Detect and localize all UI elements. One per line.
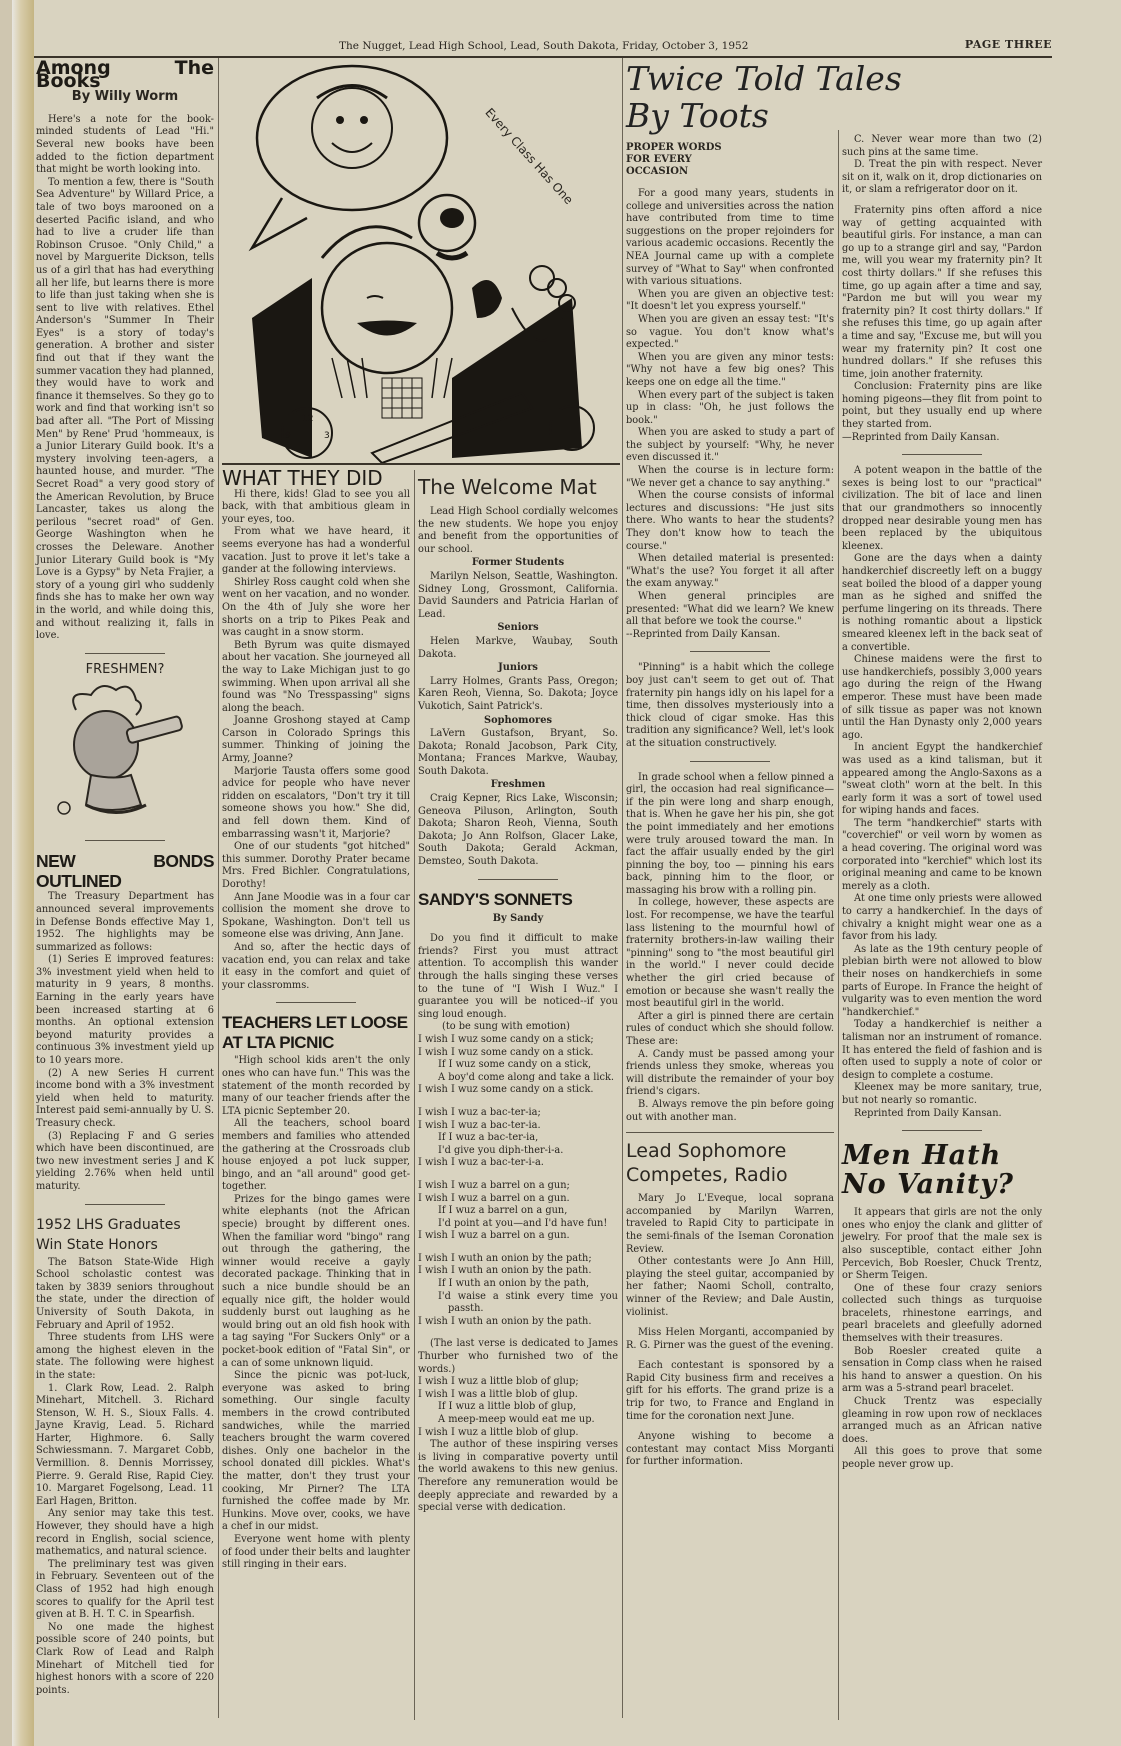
verse-line: I wish I wuz a bac-ter-ia. bbox=[428, 1120, 618, 1133]
divider bbox=[85, 653, 165, 654]
vanity-paragraph: Chuck Trentz was especially gleaming in … bbox=[842, 1396, 1042, 1446]
clock-9: 9 bbox=[285, 431, 291, 441]
sonnets-dedication: (The last verse is dedicated to James Th… bbox=[418, 1338, 618, 1376]
radio-paragraph: Anyone wishing to become a contestant ma… bbox=[626, 1431, 834, 1469]
graduates-paragraph: The preliminary test was given in Februa… bbox=[36, 1559, 214, 1622]
welcome-group-text: Helen Markve, Waubay, South Dakota. bbox=[418, 636, 618, 661]
verse-line: I wish I wuz a barrel on a gun; bbox=[428, 1180, 618, 1193]
verse-line: If I wuz a bac-ter-ia, bbox=[448, 1132, 618, 1145]
what-paragraph: Joanne Groshong stayed at Camp Carson in… bbox=[222, 715, 410, 765]
rules-paragraph: C. Never wear more than two (2) such pin… bbox=[842, 134, 1042, 159]
twice-paragraph: When you are given an objective test: "I… bbox=[626, 289, 834, 314]
twice-told-headline-line1: Twice Told Tales bbox=[626, 60, 1046, 97]
twice-paragraph: For a good many years, students in colle… bbox=[626, 188, 834, 289]
verse-line: I'd give you diph-ther-i-a. bbox=[448, 1145, 618, 1158]
divider bbox=[690, 761, 770, 762]
welcome-intro: Lead High School cordially welcomes the … bbox=[418, 506, 618, 556]
welcome-group-heading: Freshmen bbox=[418, 779, 618, 792]
teachers-paragraph: "High school kids aren't the only ones w… bbox=[222, 1055, 410, 1118]
pinning-paragraph: In college, however, these aspects are l… bbox=[626, 897, 834, 1010]
radio-headline: Lead Sophomore Competes, Radio bbox=[626, 1139, 834, 1187]
divider bbox=[902, 454, 982, 455]
bonds-paragraph: The Treasury Department has announced se… bbox=[36, 891, 214, 954]
fraternity-paragraph: Conclusion: Fraternity pins are like hom… bbox=[842, 381, 1042, 431]
handkerchief-paragraph: At one time only priests were allowed to… bbox=[842, 893, 1042, 943]
vanity-headline-line1: Men Hath bbox=[842, 1141, 1042, 1170]
books-paragraph: To mention a few, there is "South Sea Ad… bbox=[36, 177, 214, 643]
baby-with-bottle-icon bbox=[36, 680, 214, 830]
verse-line: A meep-meep would eat me up. bbox=[448, 1414, 618, 1427]
twice-paragraph: When you are given an essay test: "It's … bbox=[626, 314, 834, 352]
column-3: The Welcome Mat Lead High School cordial… bbox=[418, 472, 618, 1515]
clock-12: 12 bbox=[302, 414, 313, 424]
illustration-block: 12 9 3 Every Class Has One bbox=[222, 58, 620, 465]
handkerchief-paragraph: Today a handkerchief is neither a talism… bbox=[842, 1019, 1042, 1082]
verse-line: If I wuz some candy on a stick, bbox=[448, 1059, 618, 1072]
teachers-paragraph: Since the picnic was pot-luck, everyone … bbox=[222, 1370, 410, 1534]
handkerchief-paragraph: Kleenex may be more sanitary, true, but … bbox=[842, 1082, 1042, 1107]
twice-paragraph: When detailed material is presented: "Wh… bbox=[626, 553, 834, 591]
pinning-paragraph: "Pinning" is a habit which the college b… bbox=[626, 662, 834, 750]
bonds-paragraph: (1) Series E improved features: 3% inves… bbox=[36, 954, 214, 1067]
vanity-headline: Men Hath No Vanity? bbox=[842, 1141, 1042, 1199]
sonnets-intro: Do you find it difficult to make friends… bbox=[418, 933, 618, 1021]
graduates-headline-line1: 1952 LHS Graduates bbox=[36, 1215, 214, 1235]
every-class-has-one-cartoon: 12 9 3 Every Class Has One bbox=[222, 58, 620, 465]
graduates-headline: 1952 LHS Graduates Win State Honors bbox=[36, 1215, 214, 1255]
what-paragraph: Beth Byrum was quite dismayed about her … bbox=[222, 640, 410, 716]
graduates-paragraph: The Batson State-Wide High School schola… bbox=[36, 1257, 214, 1333]
what-paragraph: Marjorie Tausta offers some good advice … bbox=[222, 766, 410, 842]
what-paragraph: Ann Jane Moodie was in a four car collis… bbox=[222, 892, 410, 942]
graduates-paragraph: Any senior may take this test. However, … bbox=[36, 1508, 214, 1558]
divider bbox=[85, 1204, 165, 1205]
twice-told-headline: Twice Told Tales By Toots bbox=[626, 60, 1046, 134]
what-paragraph: One of our students "got hitched" this s… bbox=[222, 841, 410, 891]
graduates-paragraph: 1. Clark Row, Lead. 2. Ralph Minehart, M… bbox=[36, 1383, 214, 1509]
teachers-paragraph: Everyone went home with plenty of food u… bbox=[222, 1534, 410, 1572]
graduates-headline-line2: Win State Honors bbox=[36, 1235, 214, 1255]
handkerchief-paragraph: A potent weapon in the battle of the sex… bbox=[842, 465, 1042, 553]
handkerchief-paragraph: Chinese maidens were the first to use ha… bbox=[842, 654, 1042, 742]
clock-3: 3 bbox=[324, 431, 330, 441]
sonnets-byline: By Sandy bbox=[418, 913, 618, 926]
freshmen-caption: FRESHMEN? bbox=[36, 664, 214, 677]
welcome-group-text: Marilyn Nelson, Seattle, Washington. Sid… bbox=[418, 571, 618, 621]
rules-paragraph: D. Treat the pin with respect. Never sit… bbox=[842, 159, 1042, 197]
verse-line: I wish I wuth an onion by the path. bbox=[428, 1316, 618, 1329]
welcome-group-heading: Sophomores bbox=[418, 715, 618, 728]
newspaper-page: The Nugget, Lead High School, Lead, Sout… bbox=[12, 0, 1121, 1746]
page-binding-edge bbox=[12, 0, 34, 1746]
reprint-credit: Reprinted from Daily Kansan. bbox=[842, 1108, 1042, 1121]
bonds-paragraph: (3) Replacing F and G series which have … bbox=[36, 1131, 214, 1194]
twice-paragraph: When the course is in lecture form: "We … bbox=[626, 465, 834, 490]
twice-paragraph: When every part of the subject is taken … bbox=[626, 390, 834, 428]
divider bbox=[85, 840, 165, 841]
vanity-paragraph: It appears that girls are not the only o… bbox=[842, 1207, 1042, 1283]
teachers-headline: TEACHERS LET LOOSE AT LTA PICNIC bbox=[222, 1013, 410, 1053]
verse-line: A boy'd come along and take a lick. bbox=[448, 1072, 618, 1085]
welcome-group-heading: Former Students bbox=[418, 557, 618, 570]
vanity-headline-line2: No Vanity? bbox=[842, 1170, 1042, 1199]
masthead-dateline: The Nugget, Lead High School, Lead, Sout… bbox=[339, 40, 748, 52]
twice-paragraph: When general principles are presented: "… bbox=[626, 591, 834, 629]
what-paragraph: And so, after the hectic days of vacatio… bbox=[222, 942, 410, 992]
handkerchief-paragraph: Gone are the days when a dainty handkerc… bbox=[842, 553, 1042, 654]
verse-line: If I wuz a barrel on a gun, bbox=[448, 1205, 618, 1218]
vanity-paragraph: One of these four crazy seniors collecte… bbox=[842, 1283, 1042, 1346]
masthead: The Nugget, Lead High School, Lead, Sout… bbox=[34, 38, 1052, 58]
radio-paragraph: Mary Jo L'Eveque, local soprana accompan… bbox=[626, 1193, 834, 1256]
graduates-paragraph: Three students from LHS were among the h… bbox=[36, 1332, 214, 1382]
column-rule bbox=[218, 58, 219, 1718]
verse-line: I wish I wuz a little blob of glup. bbox=[428, 1427, 618, 1440]
verse-line: I wish I wuth an onion by the path; bbox=[428, 1253, 618, 1266]
teachers-paragraph: All the teachers, school board members a… bbox=[222, 1118, 410, 1194]
sonnets-closing: The author of these inspiring verses is … bbox=[418, 1439, 618, 1515]
verse-line: If I wuz a little blob of glup, bbox=[448, 1401, 618, 1414]
what-paragraph: From what we have heard, it seems everyo… bbox=[222, 526, 410, 576]
column-rule bbox=[838, 130, 839, 1720]
welcome-group-text: Larry Holmes, Grants Pass, Oregon; Karen… bbox=[418, 676, 618, 714]
bonds-paragraph: (2) A new Series H current income bond w… bbox=[36, 1068, 214, 1131]
books-paragraph: Here's a note for the book-minded studen… bbox=[36, 114, 214, 177]
verse-line: I wish I wuth an onion by the path. bbox=[428, 1265, 618, 1278]
page-number: PAGE THREE bbox=[965, 38, 1052, 51]
books-byline: By Willy Worm bbox=[36, 91, 214, 104]
welcome-group-heading: Seniors bbox=[418, 622, 618, 635]
what-they-did-headline: WHAT THEY DID bbox=[222, 472, 410, 485]
radio-paragraph: Other contestants were Jo Ann Hill, play… bbox=[626, 1256, 834, 1319]
pinning-paragraph: In grade school when a fellow pinned a g… bbox=[626, 772, 834, 898]
radio-headline-line2: Competes, Radio bbox=[626, 1163, 834, 1187]
stanza: I wish I wuz a little blob of glup; I wi… bbox=[418, 1376, 618, 1439]
sonnets-headline: SANDY'S SONNETS bbox=[418, 890, 618, 910]
welcome-mat-headline: The Welcome Mat bbox=[418, 474, 618, 500]
column-rule bbox=[622, 58, 623, 1718]
books-headline: Among The Books bbox=[36, 62, 214, 87]
verse-line: I wish I wuz a little blob of glup; bbox=[428, 1376, 618, 1389]
verse-line: I wish I wuz some candy on a stick. bbox=[428, 1084, 618, 1097]
handkerchief-paragraph: As late as the 19th century people of pl… bbox=[842, 944, 1042, 1020]
radio-paragraph: Miss Helen Morganti, accompanied by R. G… bbox=[626, 1327, 834, 1352]
twice-paragraph: When the course consists of informal lec… bbox=[626, 490, 834, 553]
twice-told-headline-line2: By Toots bbox=[626, 97, 1046, 134]
sonnets-direction: (to be sung with emotion) bbox=[418, 1021, 618, 1034]
handkerchief-paragraph: In ancient Egypt the handkerchief was us… bbox=[842, 742, 1042, 818]
verse-line: I'd point at you—and I'd have fun! bbox=[448, 1218, 618, 1231]
what-paragraph: Hi there, kids! Glad to see you all back… bbox=[222, 489, 410, 527]
verse-line: I wish I wuz a bac-ter-ia; bbox=[428, 1107, 618, 1120]
teachers-headline-line2: AT LTA PICNIC bbox=[222, 1033, 410, 1053]
graduates-paragraph: No one made the highest possible score o… bbox=[36, 1622, 214, 1698]
teachers-headline-line1: TEACHERS LET LOOSE bbox=[222, 1013, 410, 1033]
freshmen-baby-cartoon bbox=[36, 680, 214, 830]
pinning-paragraph: A. Candy must be passed among your frien… bbox=[626, 1049, 834, 1099]
radio-paragraph: Each contestant is sponsored by a Rapid … bbox=[626, 1360, 834, 1423]
stanza: I wish I wuz a barrel on a gun; I wish I… bbox=[418, 1180, 618, 1243]
column-2: WHAT THEY DID Hi there, kids! Glad to se… bbox=[222, 470, 410, 1572]
radio-headline-line1: Lead Sophomore bbox=[626, 1139, 834, 1163]
fraternity-paragraph: Fraternity pins often afford a nice way … bbox=[842, 205, 1042, 381]
verse-line: I wish I wuz a bac-ter-i-a. bbox=[428, 1157, 618, 1170]
stanza: I wish I wuz a bac-ter-ia; I wish I wuz … bbox=[418, 1107, 618, 1170]
divider bbox=[478, 879, 558, 880]
sleeping-student-cartoon-icon: 12 9 3 bbox=[222, 58, 620, 463]
proper-words-subhead: PROPER WORDS FOR EVERY OCCASION bbox=[626, 142, 746, 178]
verse-line: I wish I wuz a barrel on a gun. bbox=[428, 1230, 618, 1243]
vanity-paragraph: Bob Roesler created quite a sensation in… bbox=[842, 1346, 1042, 1396]
welcome-group-heading: Juniors bbox=[418, 662, 618, 675]
pinning-paragraph: B. Always remove the pin before going ou… bbox=[626, 1099, 834, 1124]
verse-line: I wish I wuz a barrel on a gun. bbox=[428, 1193, 618, 1206]
pinning-paragraph: After a girl is pinned there are certain… bbox=[626, 1011, 834, 1049]
welcome-group-text: Craig Kepner, Rics Lake, Wisconsin; Gene… bbox=[418, 793, 618, 869]
verse-line: I wish I was a little blob of glup. bbox=[428, 1389, 618, 1402]
teachers-paragraph: Prizes for the bingo games were white el… bbox=[222, 1194, 410, 1370]
bonds-headline: NEW BONDS OUTLINED bbox=[36, 851, 214, 891]
verse-line: If I wuth an onion by the path, bbox=[448, 1278, 618, 1291]
verse-line: I'd waise a stink every time you passth. bbox=[448, 1291, 618, 1316]
welcome-group-text: LaVern Gustafson, Bryant, So. Dakota; Ro… bbox=[418, 728, 618, 778]
stanza: I wish I wuth an onion by the path; I wi… bbox=[418, 1253, 618, 1329]
verse-line: I wish I wuz some candy on a stick. bbox=[428, 1047, 618, 1060]
what-paragraph: Shirley Ross caught cold when she went o… bbox=[222, 577, 410, 640]
verse-line: I wish I wuz some candy on a stick; bbox=[428, 1034, 618, 1047]
stanza: I wish I wuz some candy on a stick; I wi… bbox=[418, 1034, 618, 1097]
handkerchief-paragraph: The term "handkerchief" starts with "cov… bbox=[842, 818, 1042, 894]
column-5: C. Never wear more than two (2) such pin… bbox=[842, 134, 1042, 1472]
vanity-paragraph: All this goes to prove that some people … bbox=[842, 1446, 1042, 1471]
divider bbox=[690, 651, 770, 652]
column-4: Twice Told Tales By Toots PROPER WORDS F… bbox=[626, 58, 834, 1469]
divider bbox=[626, 1132, 834, 1133]
divider bbox=[902, 1130, 982, 1131]
column-rule bbox=[414, 470, 415, 1720]
reprint-credit: —Reprinted from Daily Kansan. bbox=[842, 432, 1042, 445]
column-1: Among The Books By Willy Worm Here's a n… bbox=[36, 58, 214, 1697]
twice-paragraph: When you are asked to study a part of th… bbox=[626, 427, 834, 465]
divider bbox=[276, 1002, 356, 1003]
reprint-credit: --Reprinted from Daily Kansan. bbox=[626, 629, 834, 642]
twice-paragraph: When you are given any minor tests: "Why… bbox=[626, 352, 834, 390]
